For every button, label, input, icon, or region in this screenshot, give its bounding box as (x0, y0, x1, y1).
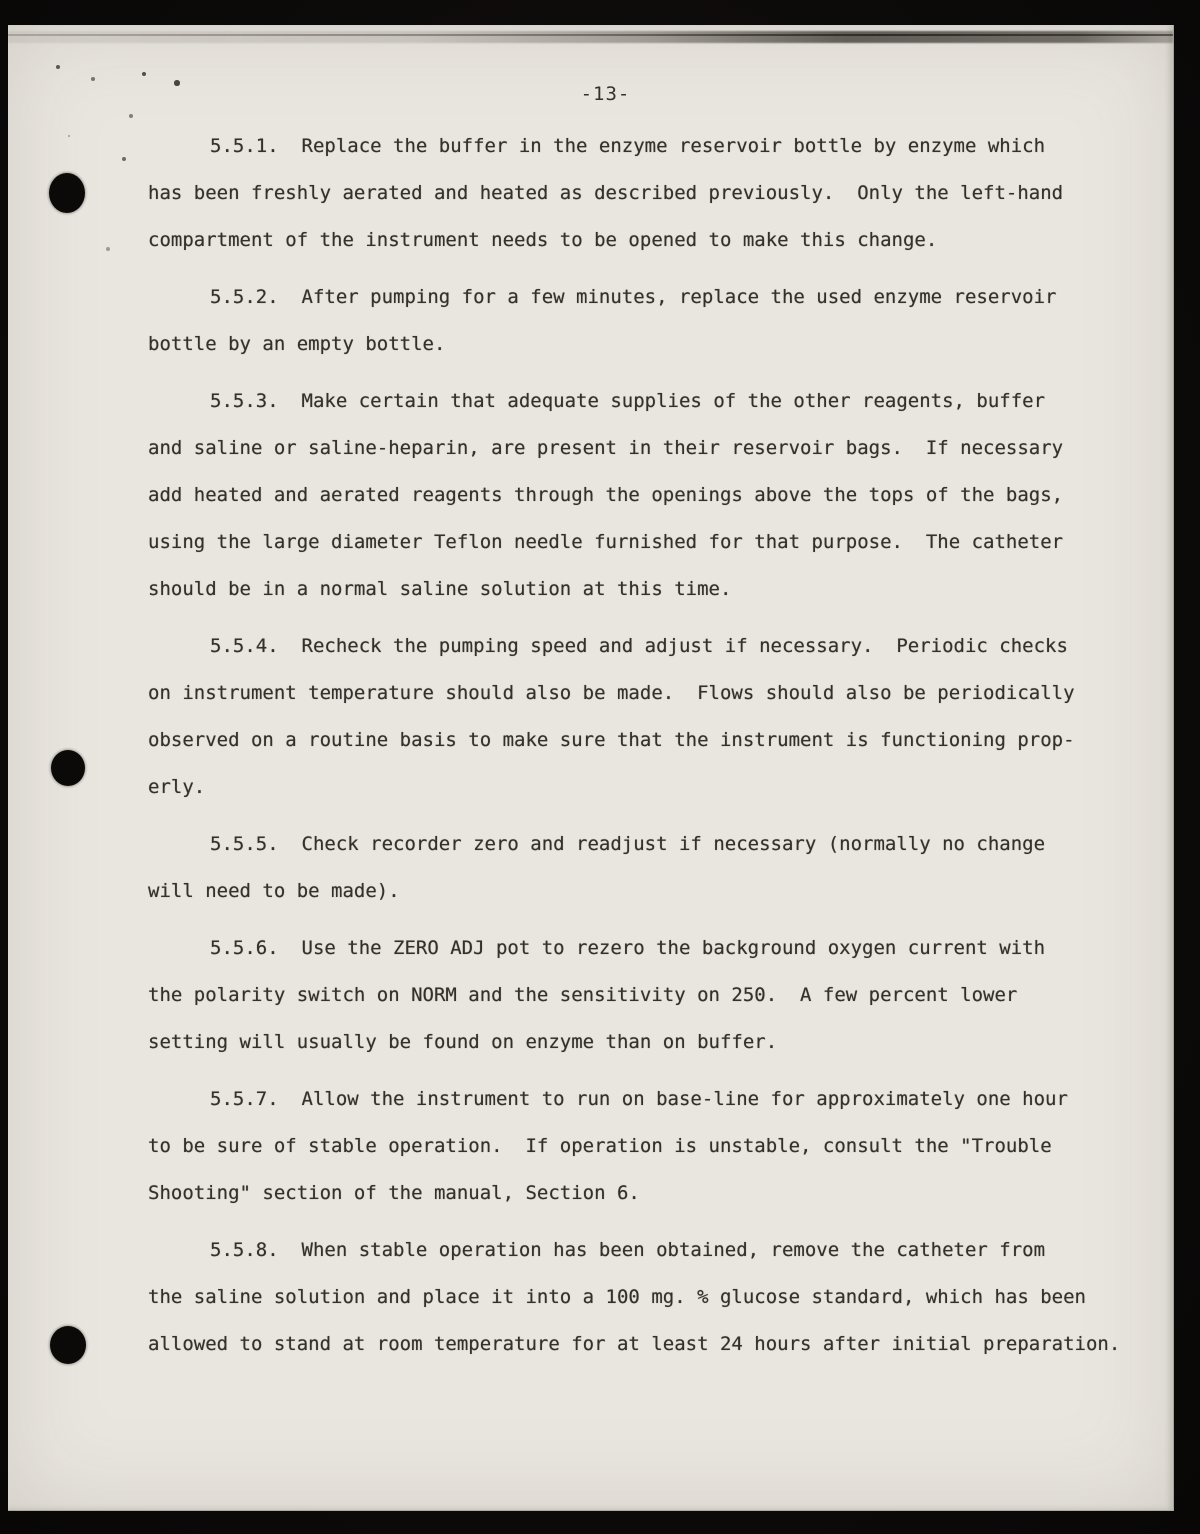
text-line: using the large diameter Teflon needle f… (148, 519, 1143, 566)
scan-smudge-line (8, 34, 1173, 36)
text-line: the polarity switch on NORM and the sens… (148, 972, 1143, 1019)
text-line: bottle by an empty bottle. (148, 321, 1143, 368)
text-line: should be in a normal saline solution at… (148, 566, 1143, 613)
paragraph-5-5-2: 5.5.2. After pumping for a few minutes, … (148, 274, 1143, 368)
text-line: observed on a routine basis to make sure… (148, 717, 1143, 764)
paragraph-5-5-5: 5.5.5. Check recorder zero and readjust … (148, 821, 1143, 915)
text-line: compartment of the instrument needs to b… (148, 217, 1143, 264)
text-line: allowed to stand at room temperature for… (148, 1321, 1143, 1368)
text-line: erly. (148, 764, 1143, 811)
text-line: Shooting" section of the manual, Section… (148, 1170, 1143, 1217)
toner-speckles (8, 25, 10, 27)
document-body: 5.5.1. Replace the buffer in the enzyme … (148, 123, 1143, 1378)
text-line: will need to be made). (148, 868, 1143, 915)
text-line: 5.5.6. Use the ZERO ADJ pot to rezero th… (148, 925, 1143, 972)
paragraph-5-5-6: 5.5.6. Use the ZERO ADJ pot to rezero th… (148, 925, 1143, 1066)
text-line: 5.5.4. Recheck the pumping speed and adj… (148, 623, 1143, 670)
text-line: add heated and aerated reagents through … (148, 472, 1143, 519)
paragraph-5-5-4: 5.5.4. Recheck the pumping speed and adj… (148, 623, 1143, 811)
scanned-page: -13- 5.5.1. Replace the buffer in the en… (8, 25, 1174, 1511)
text-line: to be sure of stable operation. If opera… (148, 1123, 1143, 1170)
paragraph-5-5-7: 5.5.7. Allow the instrument to run on ba… (148, 1076, 1143, 1217)
punch-hole (50, 1326, 86, 1364)
text-line: 5.5.3. Make certain that adequate suppli… (148, 378, 1143, 425)
paragraph-5-5-8: 5.5.8. When stable operation has been ob… (148, 1227, 1143, 1368)
text-line: 5.5.1. Replace the buffer in the enzyme … (148, 123, 1143, 170)
text-line: on instrument temperature should also be… (148, 670, 1143, 717)
text-line: 5.5.7. Allow the instrument to run on ba… (148, 1076, 1143, 1123)
text-line: 5.5.5. Check recorder zero and readjust … (148, 821, 1143, 868)
punch-hole (49, 173, 85, 213)
paragraph-5-5-3: 5.5.3. Make certain that adequate suppli… (148, 378, 1143, 613)
scan-smudge-artifact (8, 31, 1173, 43)
text-line: has been freshly aerated and heated as d… (148, 170, 1143, 217)
paragraph-5-5-1: 5.5.1. Replace the buffer in the enzyme … (148, 123, 1143, 264)
text-line: 5.5.2. After pumping for a few minutes, … (148, 274, 1143, 321)
text-line: 5.5.8. When stable operation has been ob… (148, 1227, 1143, 1274)
text-line: and saline or saline-heparin, are presen… (148, 425, 1143, 472)
punch-hole (51, 750, 85, 786)
page-number: -13- (23, 83, 1188, 105)
text-line: the saline solution and place it into a … (148, 1274, 1143, 1321)
text-line: setting will usually be found on enzyme … (148, 1019, 1143, 1066)
